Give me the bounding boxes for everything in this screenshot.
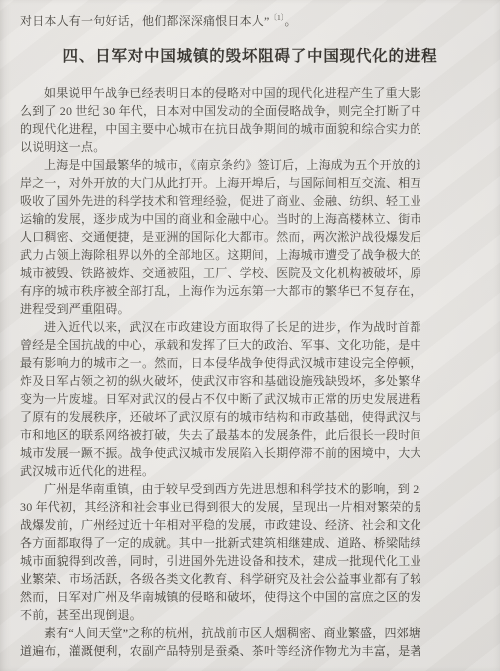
- text-line: 炸及日军占领之初的纵火破坏，使武汉市容和基础设施残缺毁坏，多处繁华的市区: [20, 372, 420, 390]
- text-line: 如果说甲午战争已经表明日本的侵略对中国的现代化进程产生了重大影响，那: [20, 84, 420, 102]
- text-line: 不前，甚至出现倒退。: [20, 606, 420, 624]
- text-line: 30 年代初，其经济和社会事业已得到很大的发展，呈现出一片相对繁荣的景象。抗: [20, 498, 420, 516]
- document-page: 对日本人有一句好话，他们都深深痛恨日本人”〔1〕。 四、日军对中国城镇的毁坏阻碍…: [0, 0, 500, 671]
- text-line: 城市发展一蹶不振。战争使武汉城市发展陷入长期停滞不前的困境中，大大延缓了: [20, 444, 420, 462]
- text-line: 么到了 20 世纪 30 年代，日本对中国发动的全面侵略战争，则完全打断了中国原…: [20, 102, 420, 120]
- text-line: 武汉城市近代化的进程。: [20, 462, 420, 480]
- text-line: 业繁荣、市场活跃，各级各类文化教育、科学研究及社会公益事业都有了较大的发展。: [20, 570, 420, 588]
- text-line: 然而，日军对广州及华南城镇的侵略和破坏，使得这个中国的富庶之区的发展停滞: [20, 588, 420, 606]
- text-line: 城市面貌得到改善，同时，引进国外先进设备和技术，建成一批现代化工业区，商: [20, 552, 420, 570]
- text-line: 曾经是全国抗战的中心，承载和发挥了巨大的政治、军事、文化功能，是中国内地: [20, 336, 420, 354]
- text-line: 上海是中国最繁华的城市，《南京条约》签订后，上海成为五个开放的通商口: [20, 156, 420, 174]
- text-line: 最有影响力的城市之一。然而，日本侵华战争使得武汉城市建设完全停顿，飞机轰: [20, 354, 420, 372]
- text-line: 广州是华南重镇，由于较早受到西方先进思想和科学技术的影响，到 20 世纪: [20, 480, 420, 498]
- text-line: 了原有的发展秩序，还破坏了武汉原有的城市结构和市政基础，使得武汉与其他城: [20, 408, 420, 426]
- text-line: 变为一片废墟。日军对武汉的侵占不仅中断了武汉城市正常的历史发展进程，破坏: [20, 390, 420, 408]
- text-line: 运输的发展，逐步成为中国的商业和金融中心。当时的上海高楼林立、街市繁荣、: [20, 210, 420, 228]
- paragraph-carryover-line: 对日本人有一句好话，他们都深深痛恨日本人”〔1〕。: [20, 12, 420, 30]
- text-line: 道遍布，灌溉便利，农副产品特别是蚕桑、茶叶等经济作物尤为丰富，是著名的丝: [20, 642, 420, 660]
- text-line: 城市被毁、铁路被炸、交通被阻，工厂、学校、医院及文化机构被破坏，原本一切: [20, 264, 420, 282]
- text-line: 战爆发前，广州经过近十年相对平稳的发展，市政建设、经济、社会和文化事业等: [20, 516, 420, 534]
- footnote-ref: 〔1〕: [270, 13, 285, 22]
- text-line: 人口稠密、交通便捷，是亚洲的国际化大都市。然而，两次淞沪战役爆发后，日军: [20, 228, 420, 246]
- text-line: 各方面都取得了一定的成就。其中一批新式建筑相继建成、道路、桥梁陆续建设开通，: [20, 534, 420, 552]
- carryover-period: 。: [285, 14, 297, 28]
- text-line: 吸收了国外先进的科学技术和管理经验，促进了商业、金融、纺织、轻工业和交通: [20, 192, 420, 210]
- text-line: 以说明这一点。: [20, 138, 420, 156]
- text-line: 有序的城市秩序被全部打乱，上海作为远东第一大都市的繁华已不复存在，现代化: [20, 282, 420, 300]
- text-line: 武力占领上海除租界以外的全部地区。这期间，上海城市遭受了战争极大的破坏，: [20, 246, 420, 264]
- carryover-text: 对日本人有一句好话，他们都深深痛恨日本人”: [20, 14, 270, 28]
- text-line: 进入近代以来，武汉在市政建设方面取得了长足的进步，作为战时首都，武汉: [20, 318, 420, 336]
- body-text: 如果说甲午战争已经表明日本的侵略对中国的现代化进程产生了重大影响，那么到了 20…: [0, 84, 500, 660]
- section-heading: 四、日军对中国城镇的毁坏阻碍了中国现代化的进程: [0, 47, 500, 67]
- text-line: 市和地区的联系网络被打破，失去了最基本的发展条件，此后很长一段时间，武汉: [20, 426, 420, 444]
- text-line: 岸之一，对外开放的大门从此打开。上海开埠后，与国际间相互交流、相互碰撞，: [20, 174, 420, 192]
- text-line: 的现代化进程，中国主要中心城市在抗日战争期间的城市面貌和综合实力的变化可: [20, 120, 420, 138]
- text-line: 素有“人间天堂”之称的杭州，抗战前市区人烟稠密、商业繁盛，四郊塘河水: [20, 624, 420, 642]
- text-line: 进程受到严重阻碍。: [20, 300, 420, 318]
